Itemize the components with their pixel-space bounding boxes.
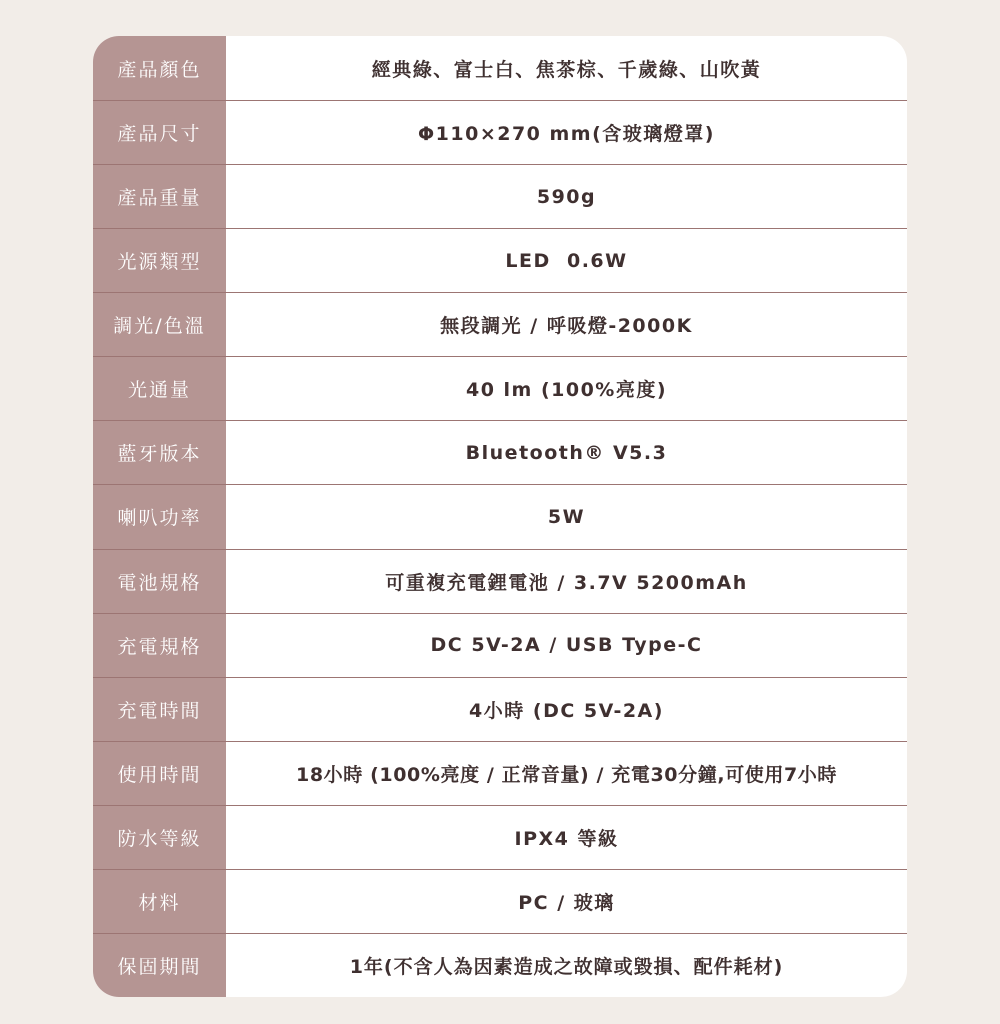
- spec-label: 喇叭功率: [93, 485, 226, 548]
- spec-row-warranty: 保固期間 1年(不含人為因素造成之故障或毀損、配件耗材): [93, 933, 907, 997]
- spec-row-speaker: 喇叭功率 5W: [93, 484, 907, 548]
- spec-value: DC 5V-2A / USB Type-C: [226, 614, 907, 677]
- spec-row-luminous-flux: 光通量 40 lm (100%亮度): [93, 356, 907, 420]
- spec-label: 光通量: [93, 357, 226, 420]
- spec-row-usage-time: 使用時間 18小時 (100%亮度 / 正常音量) / 充電30分鐘,可使用7小…: [93, 741, 907, 805]
- spec-value: 無段調光 / 呼吸燈-2000K: [226, 293, 907, 356]
- spec-label: 保固期間: [93, 934, 226, 997]
- spec-label: 產品顏色: [93, 36, 226, 100]
- spec-row-dimming: 調光/色溫 無段調光 / 呼吸燈-2000K: [93, 292, 907, 356]
- spec-label: 充電規格: [93, 614, 226, 677]
- spec-value: 590g: [226, 165, 907, 228]
- spec-label: 電池規格: [93, 550, 226, 613]
- spec-label: 調光/色溫: [93, 293, 226, 356]
- spec-row-color: 產品顏色 經典綠、富士白、焦茶棕、千歲綠、山吹黃: [93, 36, 907, 100]
- spec-value: PC / 玻璃: [226, 870, 907, 933]
- spec-row-light-source: 光源類型 LED 0.6W: [93, 228, 907, 292]
- spec-row-charging-spec: 充電規格 DC 5V-2A / USB Type-C: [93, 613, 907, 677]
- spec-row-bluetooth: 藍牙版本 Bluetooth® V5.3: [93, 420, 907, 484]
- spec-value: 1年(不含人為因素造成之故障或毀損、配件耗材): [226, 934, 907, 997]
- spec-value: 5W: [226, 485, 907, 548]
- spec-value: 可重複充電鋰電池 / 3.7V 5200mAh: [226, 550, 907, 613]
- spec-label: 藍牙版本: [93, 421, 226, 484]
- spec-label: 產品尺寸: [93, 101, 226, 164]
- spec-value: LED 0.6W: [226, 229, 907, 292]
- spec-value: 18小時 (100%亮度 / 正常音量) / 充電30分鐘,可使用7小時: [226, 742, 907, 805]
- spec-row-weight: 產品重量 590g: [93, 164, 907, 228]
- spec-label: 充電時間: [93, 678, 226, 741]
- spec-value: IPX4 等級: [226, 806, 907, 869]
- spec-row-battery: 電池規格 可重複充電鋰電池 / 3.7V 5200mAh: [93, 549, 907, 613]
- spec-value: 40 lm (100%亮度): [226, 357, 907, 420]
- spec-label: 防水等級: [93, 806, 226, 869]
- spec-row-size: 產品尺寸 Φ110×270 mm(含玻璃燈罩): [93, 100, 907, 164]
- spec-value: Bluetooth® V5.3: [226, 421, 907, 484]
- spec-table: 產品顏色 經典綠、富士白、焦茶棕、千歲綠、山吹黃 產品尺寸 Φ110×270 m…: [93, 36, 907, 997]
- spec-value: Φ110×270 mm(含玻璃燈罩): [226, 101, 907, 164]
- spec-row-waterproof: 防水等級 IPX4 等級: [93, 805, 907, 869]
- spec-label: 光源類型: [93, 229, 226, 292]
- spec-value: 4小時 (DC 5V-2A): [226, 678, 907, 741]
- spec-label: 使用時間: [93, 742, 226, 805]
- spec-row-charging-time: 充電時間 4小時 (DC 5V-2A): [93, 677, 907, 741]
- spec-value: 經典綠、富士白、焦茶棕、千歲綠、山吹黃: [226, 36, 907, 100]
- spec-label: 產品重量: [93, 165, 226, 228]
- spec-label: 材料: [93, 870, 226, 933]
- spec-row-material: 材料 PC / 玻璃: [93, 869, 907, 933]
